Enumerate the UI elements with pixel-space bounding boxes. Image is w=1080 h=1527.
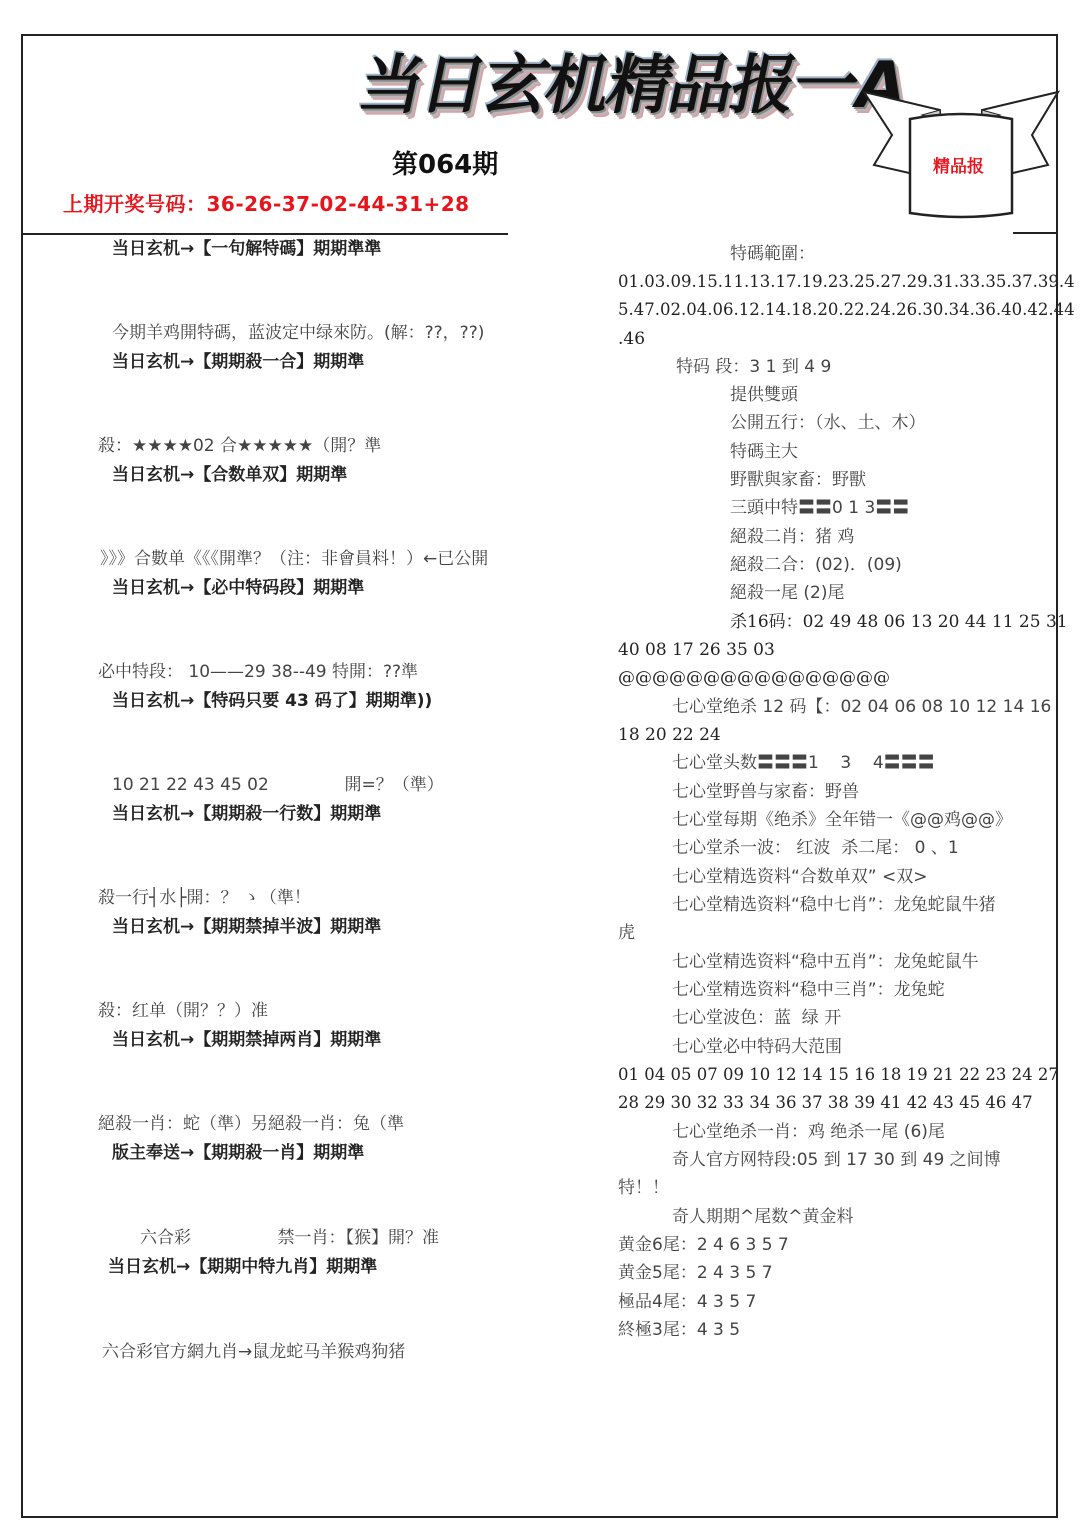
info-line: 七心堂每期《绝杀》全年错一《@@鸡@@》 (672, 808, 1012, 832)
section-detail: 殺：红单（開？？）准 (98, 999, 268, 1023)
info-line: 虎 (618, 921, 635, 945)
section-title: 当日玄机→【特码只要 43 码了】期期準)) (112, 689, 432, 713)
range-numbers: 01 04 05 07 09 10 12 14 15 16 18 19 21 2… (618, 1063, 1059, 1087)
info-line: 野獸與家畜：野獸 (730, 468, 866, 492)
info-line: 絕殺二合：(02)．(09) (730, 553, 902, 577)
section-title: 当日玄机→【期期禁掉半波】期期準 (112, 915, 381, 939)
divider-line (21, 233, 508, 235)
info-line: 七心堂精选资料“稳中七肖”：龙兔蛇鼠牛猪 (672, 893, 996, 917)
section-title: 当日玄机→【期期禁掉两肖】期期準 (112, 1028, 381, 1052)
info-line: 18 20 22 24 (618, 723, 721, 747)
info-line: 七心堂头数〓〓〓1 3 4〓〓〓 (672, 751, 935, 775)
info-line: 七心堂精选资料“稳中三肖”：龙兔蛇 (672, 978, 945, 1002)
info-line: 特碼主大 (730, 440, 798, 464)
section-detail: 六合彩 禁一肖：【猴】開？准 (140, 1226, 439, 1250)
info-line: 七心堂必中特码大范围 (672, 1035, 842, 1059)
issue-number: 第064期 (392, 144, 498, 181)
section-detail: 今期羊鸡開特碼，蓝波定中绿來防。(解：??，??) (112, 321, 484, 345)
section-detail: 絕殺一肖：蛇（準）另絕殺一肖：兔（準 (98, 1112, 404, 1136)
info-line: 奇人期期^尾数^黄金料 (672, 1205, 854, 1229)
info-line: 七心堂杀一波： 红波 杀二尾： 0 、1 (672, 836, 959, 860)
kill-16-line: 40 08 17 26 35 03 (618, 638, 775, 662)
section-title: 当日玄机→【一句解特碼】期期準準 (112, 237, 381, 261)
special-segment: 特码 段：3 1 到 4 9 (676, 355, 831, 379)
info-line: 絕殺二肖：猪 鸡 (730, 525, 854, 549)
info-line: 奇人官方网特段:05 到 17 30 到 49 之间博 (672, 1148, 1001, 1172)
info-line: 提供雙頭 (730, 383, 798, 407)
tail-line: 黄金6尾：2 4 6 3 5 7 (618, 1233, 789, 1257)
info-line: 三頭中特〓〓0 1 3〓〓 (730, 496, 909, 520)
range-label: 特碼範圍： (730, 242, 815, 266)
badge-label: 精品报 (933, 152, 984, 177)
info-line: 七心堂精选资料“稳中五肖”：龙兔蛇鼠牛 (672, 950, 979, 974)
range-numbers: 28 29 30 32 33 34 36 37 38 39 41 42 43 4… (618, 1091, 1033, 1115)
range-numbers: .46 (618, 327, 645, 351)
section-title: 当日玄机→【期期中特九肖】期期準 (108, 1255, 377, 1279)
section-title: 当日玄机→【期期殺一行数】期期準 (112, 802, 381, 826)
section-detail: 殺：★★★★02 合★★★★★（開？準 (98, 434, 381, 458)
section-detail: 六合彩官方網九肖→鼠龙蛇马羊猴鸡狗猪 (102, 1340, 405, 1364)
kill-16-line: 杀16码：02 49 48 06 13 20 44 11 25 31 (730, 610, 1068, 634)
section-title: 当日玄机→【期期殺一合】期期準 (112, 350, 364, 374)
section-detail: 》》》合數单《《《開準？（注：非會員料！）←已公開 (100, 547, 488, 571)
section-title: 版主奉送→【期期殺一肖】期期準 (112, 1141, 364, 1165)
info-line: 特！！ (618, 1176, 669, 1200)
banner-title: 当日玄机精品报一A (350, 38, 914, 134)
divider-line-right (1013, 232, 1058, 234)
info-line: 七心堂绝杀一肖：鸡 绝杀一尾 (6)尾 (672, 1120, 945, 1144)
section-detail: 10 21 22 43 45 02 開=？（準） (112, 773, 444, 797)
range-numbers: 01.03.09.15.11.13.17.19.23.25.27.29.31.3… (618, 270, 1075, 294)
info-line: 七心堂波色：蓝 绿 开 (672, 1006, 841, 1030)
info-line: 七心堂精选资料“合数单双” <双> (672, 865, 928, 889)
info-line: 七心堂野兽与家畜：野兽 (672, 780, 859, 804)
tail-line: 終極3尾：4 3 5 (618, 1318, 740, 1342)
tail-line: 黄金5尾：2 4 3 5 7 (618, 1261, 773, 1285)
info-line: 七心堂绝杀 12 码【：02 04 06 08 10 12 14 16 (672, 695, 1051, 719)
separator-at-line: @@@@@@@@@@@@@@@@ (618, 666, 890, 690)
range-numbers: 5.47.02.04.06.12.14.18.20.22.24.26.30.34… (618, 298, 1075, 322)
tail-line: 極品4尾：4 3 5 7 (618, 1290, 756, 1314)
info-line: 絕殺一尾 (2)尾 (730, 581, 844, 605)
section-detail: 殺一行┤水├開：？ ゝ（準！ (98, 886, 311, 910)
section-title: 当日玄机→【必中特码段】期期準 (112, 576, 364, 600)
last-draw-numbers: 上期开奖号码：36-26-37-02-44-31+28 (63, 188, 470, 217)
section-detail: 必中特段： 10——29 38--49 特開：??準 (98, 660, 418, 684)
info-line: 公開五行：（水、土、木） (730, 411, 926, 435)
section-title: 当日玄机→【合数单双】期期準 (112, 463, 347, 487)
